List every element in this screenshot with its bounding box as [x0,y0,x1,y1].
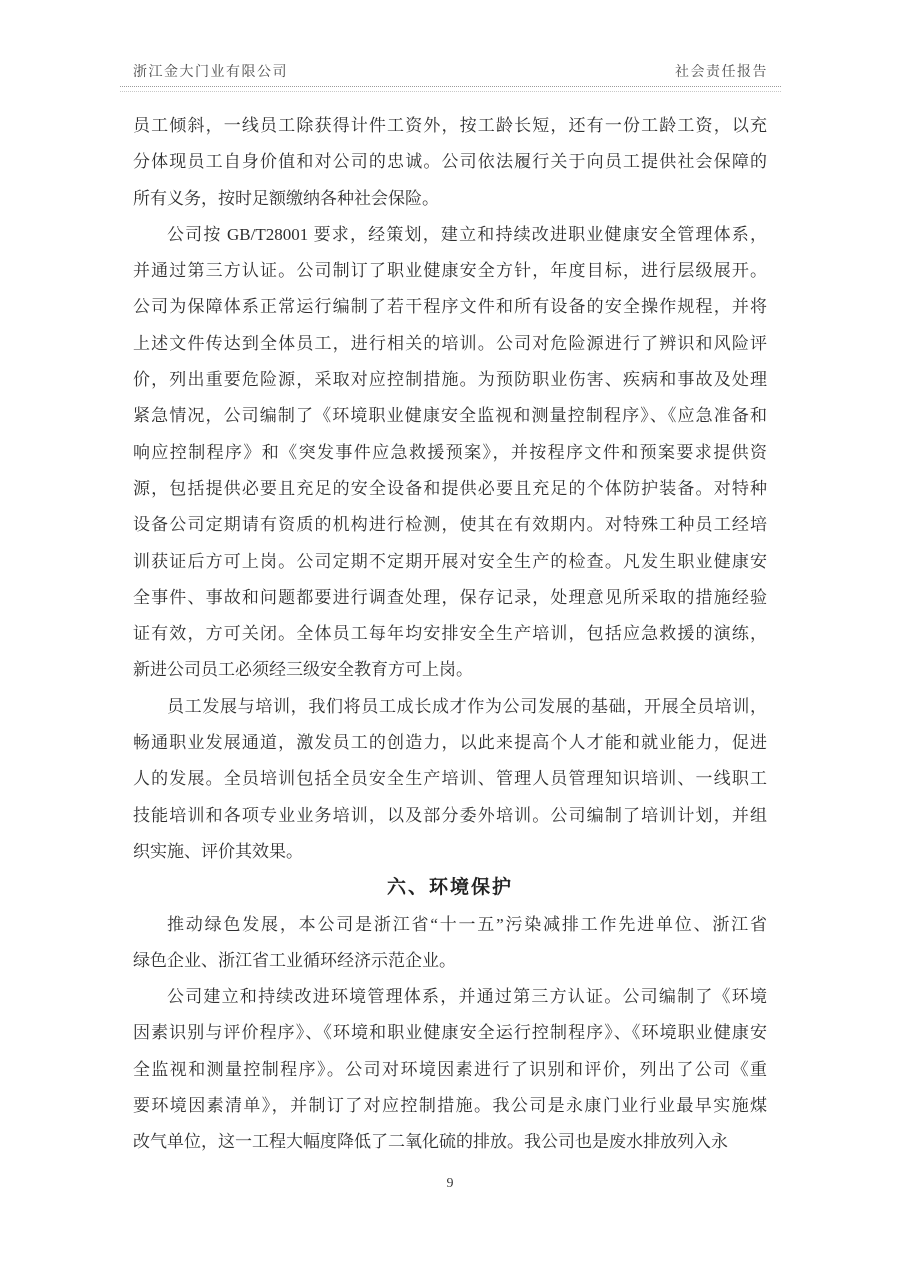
text-line: 绿色企业、浙江省工业循环经济示范企业。 [133,943,767,979]
report-page: 浙江金大门业有限公司 社会责任报告 员工倾斜，一线员工除获得计件工资外，按工龄长… [0,0,900,1272]
text-line: 全监视和测量控制程序》。公司对环境因素进行了识别和评价，列出了公司《重 [133,1052,767,1088]
paragraph: 员工倾斜，一线员工除获得计件工资外，按工龄长短，还有一份工龄工资，以充分体现员工… [133,108,767,217]
text-line: 训获证后方可上岗。公司定期不定期开展对安全生产的检查。凡发生职业健康安 [133,544,767,580]
text-line: 技能培训和各项专业业务培训，以及部分委外培训。公司编制了培训计划，并组 [133,798,767,834]
section-heading: 六、环境保护 [133,870,767,906]
text-line: 价，列出重要危险源，采取对应控制措施。为预防职业伤害、疾病和事故及处理 [133,362,767,398]
text-line: 人的发展。全员培训包括全员安全生产培训、管理人员管理知识培训、一线职工 [133,761,767,797]
text-line: 改气单位，这一工程大幅度降低了二氧化硫的排放。我公司也是废水排放列入永 [133,1124,767,1160]
page-number: 9 [0,1176,900,1192]
text-line: 全事件、事故和问题都要进行调查处理，保存记录，处理意见所采取的措施经验 [133,580,767,616]
text-line: 因素识别与评价程序》、《环境和职业健康安全运行控制程序》、《环境职业健康安 [133,1015,767,1051]
text-line: 员工发展与培训，我们将员工成长成才作为公司发展的基础，开展全员培训， [133,689,767,725]
text-line: 上述文件传达到全体员工，进行相关的培训。公司对危险源进行了辨识和风险评 [133,326,767,362]
text-line: 公司为保障体系正常运行编制了若干程序文件和所有设备的安全操作规程，并将 [133,289,767,325]
text-line: 源，包括提供必要且充足的安全设备和提供必要且充足的个体防护装备。对特种 [133,471,767,507]
text-line: 公司建立和持续改进环境管理体系，并通过第三方认证。公司编制了《环境 [133,979,767,1015]
text-line: 推动绿色发展，本公司是浙江省“十一五”污染减排工作先进单位、浙江省 [133,907,767,943]
text-line: 公司按 GB/T28001 要求，经策划，建立和持续改进职业健康安全管理体系， [133,217,767,253]
text-line: 设备公司定期请有资质的机构进行检测，使其在有效期内。对特殊工种员工经培 [133,507,767,543]
text-line: 新进公司员工必须经三级安全教育方可上岗。 [133,652,767,688]
text-line: 所有义务，按时足额缴纳各种社会保险。 [133,181,767,217]
text-line: 紧急情况，公司编制了《环境职业健康安全监视和测量控制程序》、《应急准备和 [133,398,767,434]
text-line: 并通过第三方认证。公司制订了职业健康安全方针，年度目标，进行层级展开。 [133,253,767,289]
paragraph: 推动绿色发展，本公司是浙江省“十一五”污染减排工作先进单位、浙江省绿色企业、浙江… [133,907,767,980]
text-line: 畅通职业发展通道，激发员工的创造力，以此来提高个人才能和就业能力，促进 [133,725,767,761]
header-divider [120,86,781,92]
page-header: 浙江金大门业有限公司 社会责任报告 [133,61,768,81]
text-line: 分体现员工自身价值和对公司的忠诚。公司依法履行关于向员工提供社会保障的 [133,144,767,180]
text-line: 员工倾斜，一线员工除获得计件工资外，按工龄长短，还有一份工龄工资，以充 [133,108,767,144]
text-line: 证有效，方可关闭。全体员工每年均安排安全生产培训，包括应急救援的演练， [133,616,767,652]
paragraph: 公司建立和持续改进环境管理体系，并通过第三方认证。公司编制了《环境因素识别与评价… [133,979,767,1160]
paragraph: 员工发展与培训，我们将员工成长成才作为公司发展的基础，开展全员培训，畅通职业发展… [133,689,767,870]
header-report-title: 社会责任报告 [675,61,768,81]
text-line: 要环境因素清单》，并制订了对应控制措施。我公司是永康门业行业最早实施煤 [133,1088,767,1124]
header-company-name: 浙江金大门业有限公司 [133,61,288,81]
text-line: 织实施、评价其效果。 [133,834,767,870]
document-body: 员工倾斜，一线员工除获得计件工资外，按工龄长短，还有一份工龄工资，以充分体现员工… [133,108,767,1161]
text-line: 响应控制程序》和《突发事件应急救援预案》，并按程序文件和预案要求提供资 [133,435,767,471]
paragraph: 公司按 GB/T28001 要求，经策划，建立和持续改进职业健康安全管理体系，并… [133,217,767,689]
